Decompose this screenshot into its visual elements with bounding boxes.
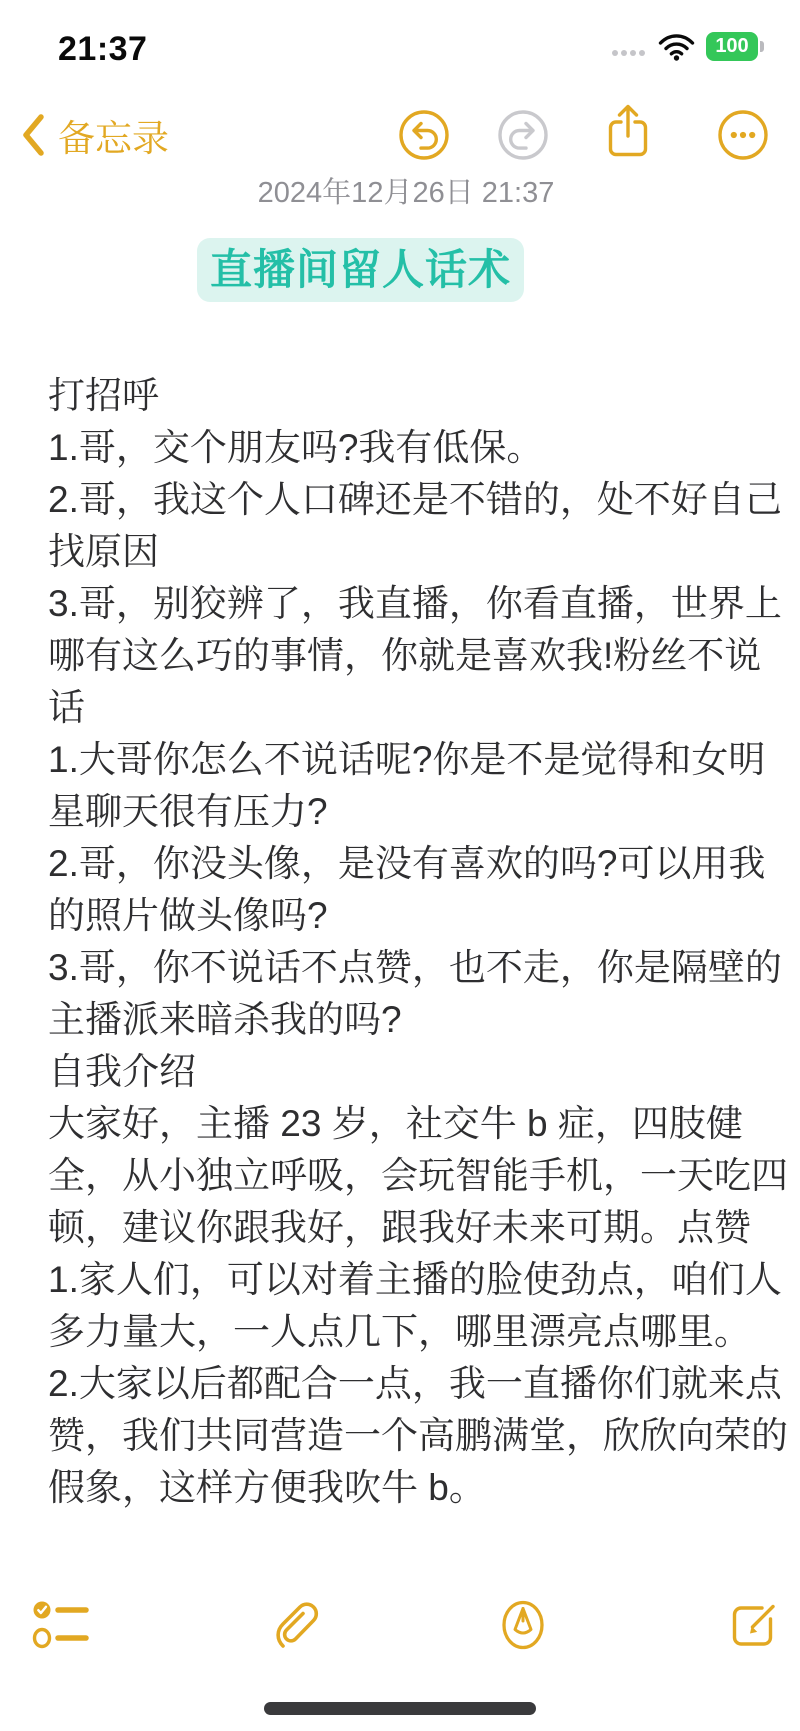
note-text-line[interactable]: 星聊天很有压力?	[48, 786, 780, 838]
note-text-line[interactable]: 的照片做头像吗?	[48, 890, 780, 942]
checklist-icon	[32, 1599, 90, 1651]
note-editor[interactable]: 打招呼1.哥，交个朋友吗?我有低保。2.哥，我这个人口碑还是不错的，处不好自己找…	[48, 370, 780, 1514]
note-text-line[interactable]: 2.大家以后都配合一点，我一直播你们就来点	[48, 1358, 780, 1410]
note-text-line[interactable]: 话	[48, 682, 780, 734]
battery-icon: 100	[706, 32, 764, 61]
markup-pen-icon	[496, 1595, 550, 1655]
note-text-line[interactable]: 3.哥，你不说话不点赞，也不走，你是隔壁的	[48, 942, 780, 994]
undo-icon	[398, 109, 450, 161]
status-time: 21:37	[58, 30, 147, 69]
note-text-line[interactable]: 顿，建议你跟我好，跟我好未来可期。点赞	[48, 1202, 780, 1254]
note-text-line[interactable]: 3.哥，别狡辨了，我直播，你看直播，世界上	[48, 578, 780, 630]
cellular-signal-icon	[612, 50, 645, 56]
note-text-line[interactable]: 主播派来暗杀我的吗?	[48, 994, 780, 1046]
note-text-line[interactable]: 多力量大，一人点几下，哪里漂亮点哪里。	[48, 1306, 780, 1358]
undo-button[interactable]	[397, 106, 451, 164]
checklist-button[interactable]	[30, 1592, 92, 1658]
note-date: 2024年12月26日 21:37	[6, 170, 800, 211]
markup-button[interactable]	[492, 1592, 554, 1658]
wifi-icon	[658, 33, 695, 61]
more-icon	[717, 109, 769, 161]
share-button[interactable]	[601, 102, 655, 160]
note-text-line[interactable]: 大家好，主播 23 岁，社交牛 b 症，四肢健	[48, 1098, 780, 1150]
paperclip-icon	[264, 1593, 320, 1657]
status-icons: 100	[612, 32, 764, 61]
note-text-line[interactable]: 假象，这样方便我吹牛 b。	[48, 1462, 780, 1514]
note-text-line[interactable]: 2.哥，你没头像，是没有喜欢的吗?可以用我	[48, 838, 780, 890]
note-title[interactable]: 直播间留人话术	[197, 238, 524, 302]
note-text-line[interactable]: 打招呼	[48, 370, 780, 422]
note-text-line[interactable]: 全，从小独立呼吸，会玩智能手机，一天吃四	[48, 1150, 780, 1202]
more-button[interactable]	[716, 106, 770, 164]
status-bar: 21:37 100	[0, 22, 800, 72]
compose-button[interactable]	[724, 1592, 786, 1658]
note-text-line[interactable]: 赞，我们共同营造一个高鹏满堂，欣欣向荣的	[48, 1410, 780, 1462]
battery-nub	[760, 41, 764, 52]
redo-button[interactable]	[496, 106, 550, 164]
compose-icon	[726, 1597, 784, 1653]
note-text-line[interactable]: 1.大哥你怎么不说话呢?你是不是觉得和女明	[48, 734, 780, 786]
attachment-button[interactable]	[261, 1592, 323, 1658]
bottom-toolbar	[0, 1592, 800, 1662]
battery-percent: 100	[715, 35, 748, 58]
share-icon	[602, 100, 654, 162]
redo-icon	[497, 109, 549, 161]
note-text-line[interactable]: 1.哥，交个朋友吗?我有低保。	[48, 422, 780, 474]
note-text-line[interactable]: 自我介绍	[48, 1046, 780, 1098]
note-text-line[interactable]: 找原因	[48, 526, 780, 578]
home-indicator[interactable]	[264, 1702, 536, 1715]
note-text-line[interactable]: 2.哥，我这个人口碑还是不错的，处不好自己	[48, 474, 780, 526]
note-text-line[interactable]: 哪有这么巧的事情，你就是喜欢我!粉丝不说	[48, 630, 780, 682]
note-text-line[interactable]: 1.家人们，可以对着主播的脸使劲点，咱们人	[48, 1254, 780, 1306]
back-label: 备忘录	[58, 108, 169, 162]
nav-bar: 备忘录	[0, 100, 800, 170]
back-button[interactable]: 备忘录	[20, 108, 169, 162]
chevron-left-icon	[20, 113, 46, 157]
notes-app-screen: 21:37 100 备忘录	[0, 0, 800, 1731]
